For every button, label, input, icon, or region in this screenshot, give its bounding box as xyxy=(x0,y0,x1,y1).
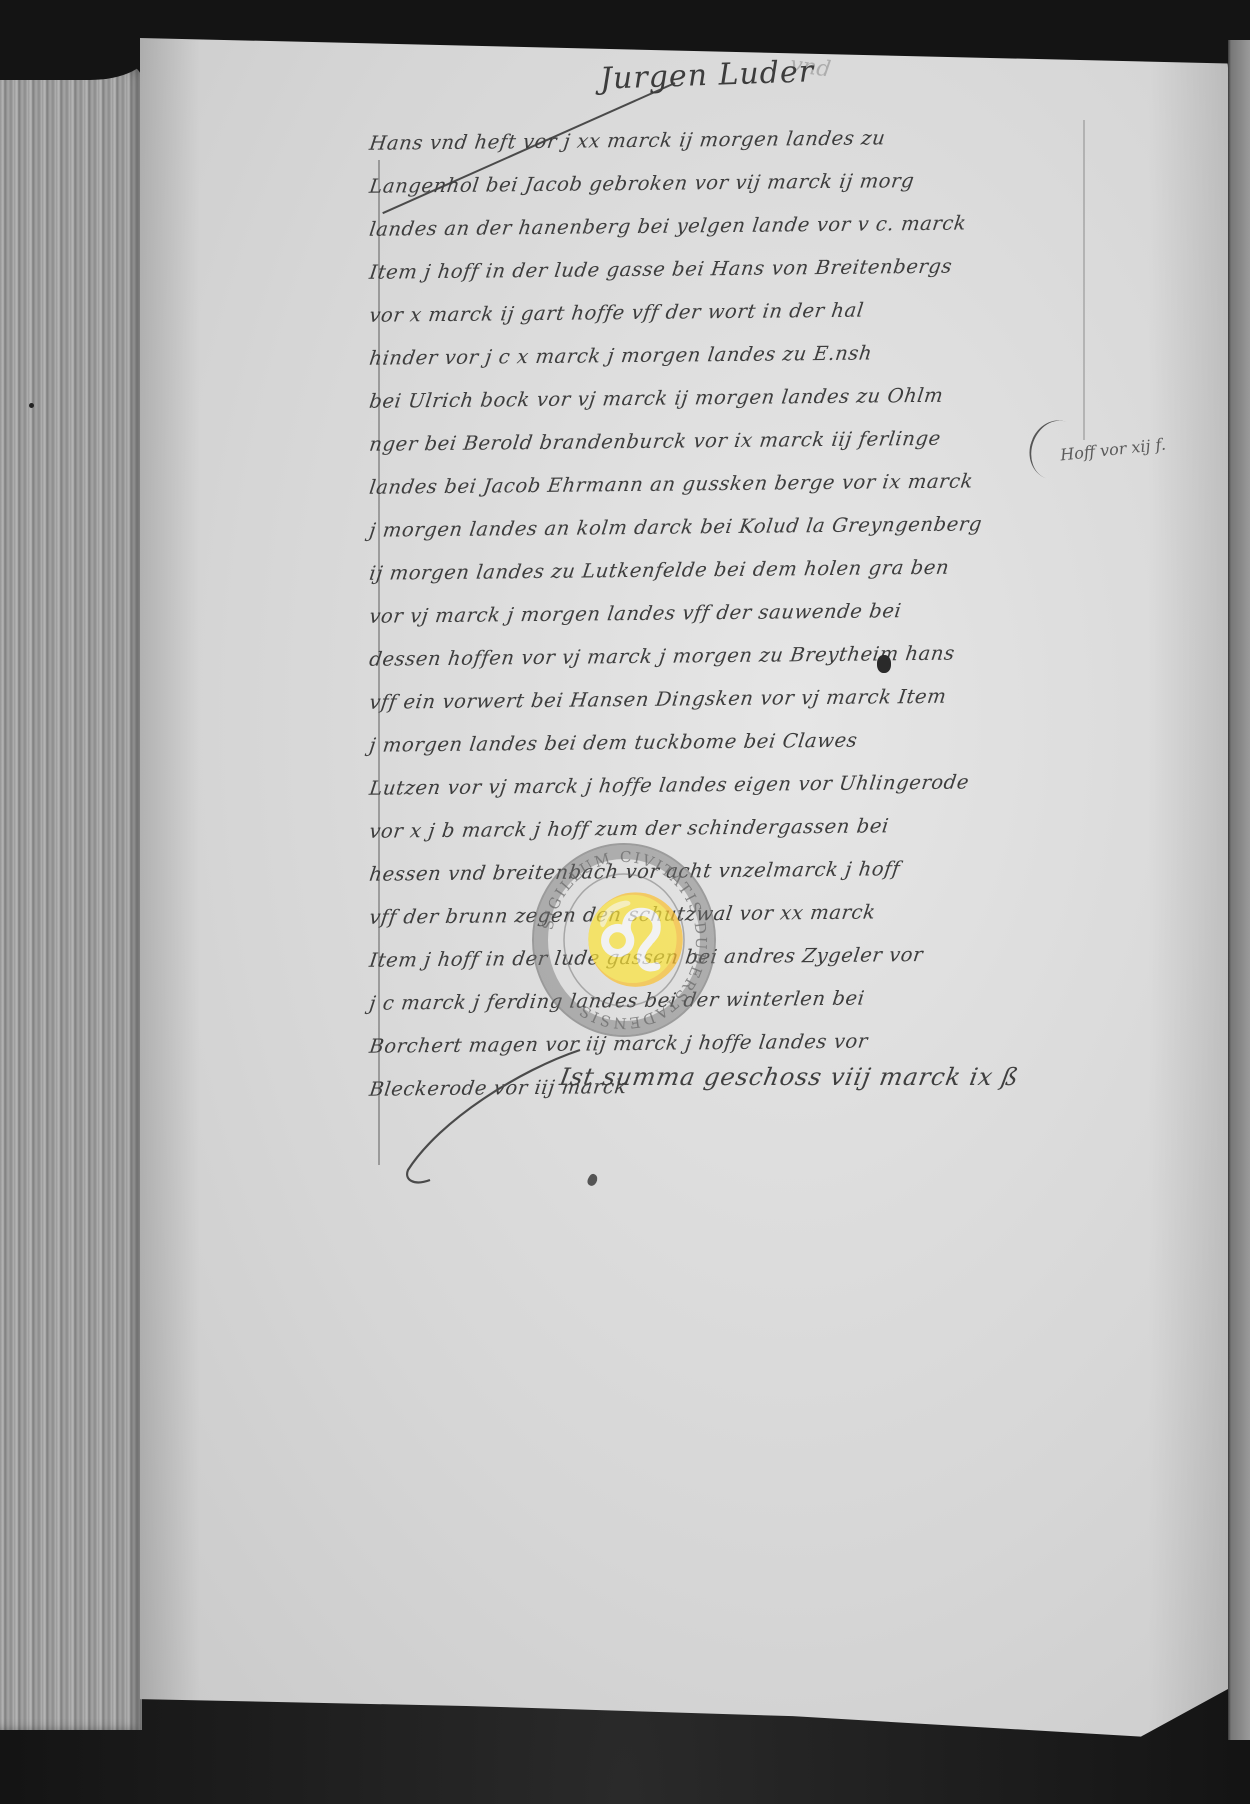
text-line: landes an der hanenberg bei yelgen lande… xyxy=(367,200,1094,251)
text-line: dessen hoffen vor vj marck j morgen zu B… xyxy=(367,630,1094,681)
text-line: vor vj marck j morgen landes vff der sau… xyxy=(367,587,1094,638)
text-line: nger bei Berold brandenburck vor ix marc… xyxy=(367,415,1094,466)
text-line: j morgen landes bei dem tuckbome bei Cla… xyxy=(367,716,1094,767)
summary-line: Ist summa geschoss viij marck ix ß xyxy=(558,1063,1022,1091)
dust-speck xyxy=(29,403,34,408)
text-line: Langenhol bei Jacob gebroken vor vij mar… xyxy=(367,157,1094,208)
text-line: Hans vnd heft vor j xx marck ij morgen l… xyxy=(367,114,1094,165)
text-line: Item j hoff in der lude gassen bei andre… xyxy=(367,931,1094,982)
entry-heading: Jurgen Luder xyxy=(599,54,814,96)
text-line: vff der brunn zegen den schutzwal vor xx… xyxy=(367,888,1094,939)
entry-text-block: Hans vnd heft vor j xx marck ij morgen l… xyxy=(370,118,1090,1107)
city-seal-stamp: SIGILLUM CIVITATIS DUDERSTADENSIS ♌ xyxy=(532,843,716,1037)
text-line: bei Ulrich bock vor vj marck ij morgen l… xyxy=(367,372,1094,423)
text-line: vor x marck ij gart hoffe vff der wort i… xyxy=(367,286,1094,337)
text-line: Lutzen vor vj marck j hoffe landes eigen… xyxy=(367,759,1094,810)
text-line: ij morgen landes zu Lutkenfelde bei dem … xyxy=(367,544,1094,595)
text-line: j c marck j ferding landes bei der winte… xyxy=(367,974,1094,1025)
page-stack-edges xyxy=(0,60,142,1730)
lion-emblem-icon: ♌ xyxy=(582,885,666,995)
right-gutter xyxy=(1228,40,1250,1740)
text-line: vff ein vorwert bei Hansen Dingsken vor … xyxy=(367,673,1094,724)
text-line: Item j hoff in der lude gasse bei Hans v… xyxy=(367,243,1094,294)
text-line: landes bei Jacob Ehrmann an gussken berg… xyxy=(367,458,1094,509)
text-line: hessen vnd breitenbach vor acht vnzelmar… xyxy=(367,845,1094,896)
text-line: vor x j b marck j hoff zum der schinderg… xyxy=(367,802,1094,853)
text-line: hinder vor j c x marck j morgen landes z… xyxy=(367,329,1094,380)
text-line: j morgen landes an kolm darck bei Kolud … xyxy=(367,501,1094,552)
ink-blot xyxy=(877,655,891,673)
